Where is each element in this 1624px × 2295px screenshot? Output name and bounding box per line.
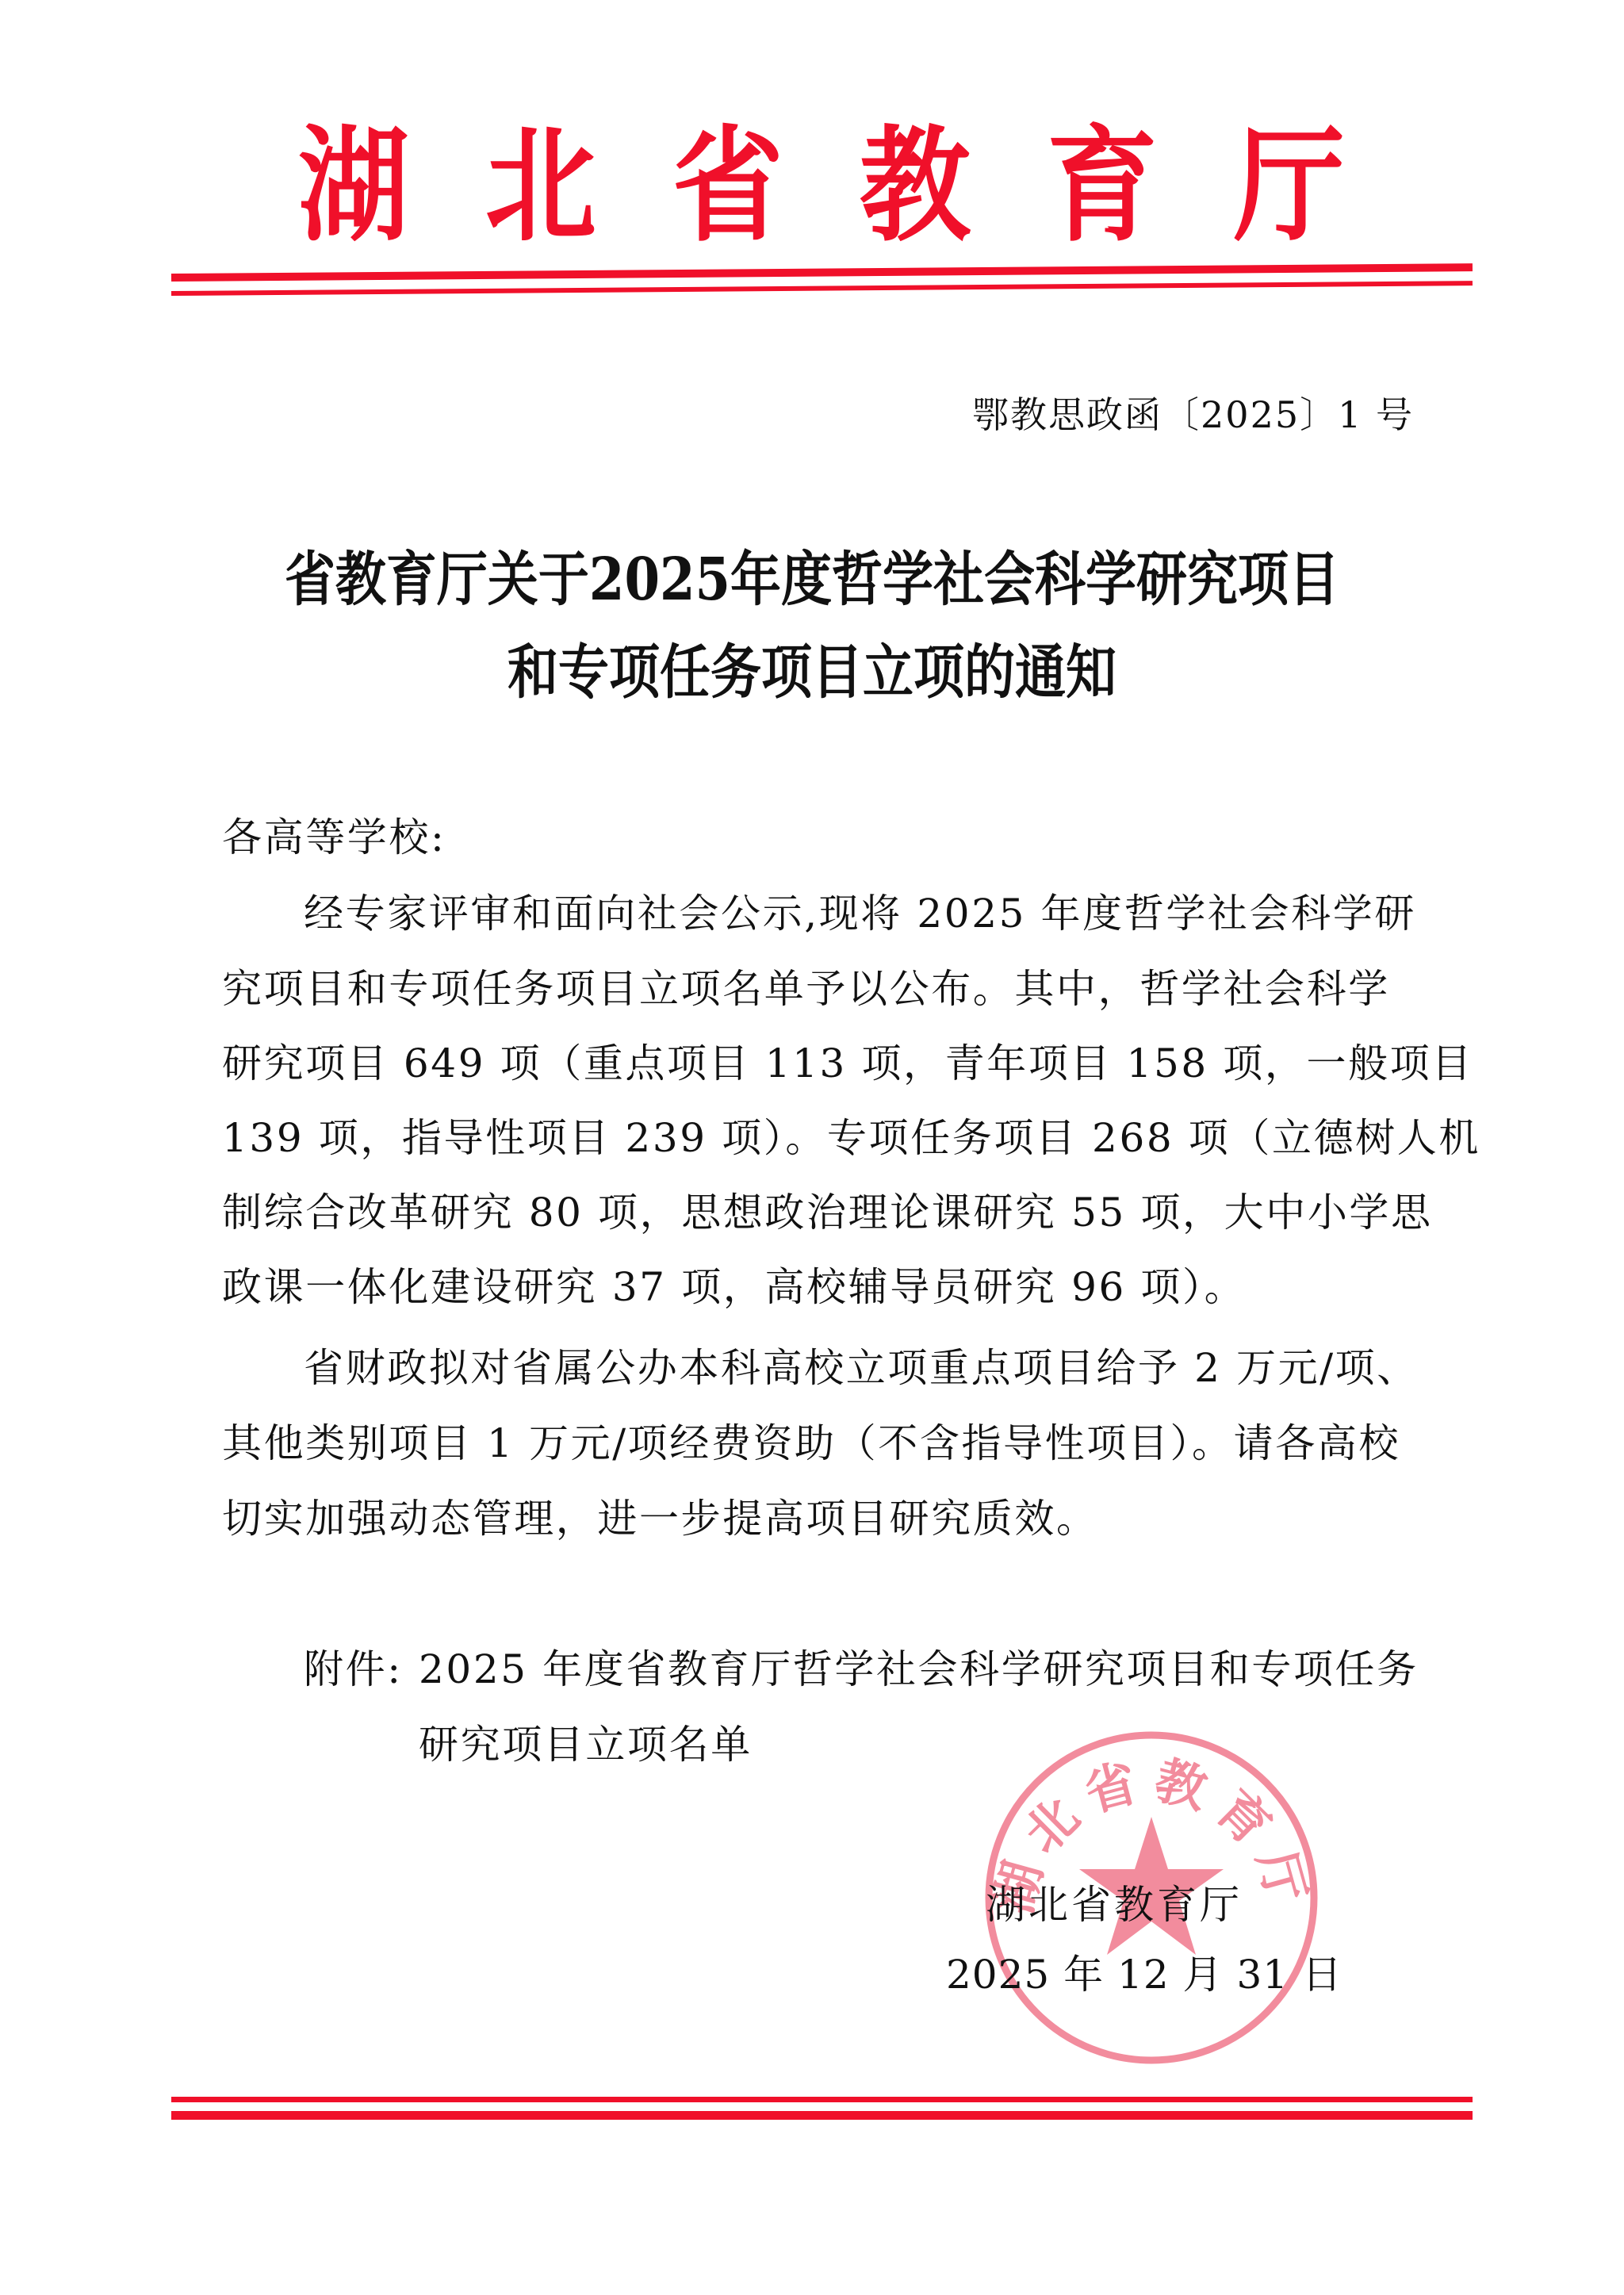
paragraph-line: 省财政拟对省属公办本科高校立项重点项目给予 2 万元/项、 xyxy=(304,1348,1419,1388)
attachment-label: 附件: xyxy=(304,1649,403,1689)
issuer-masthead: 湖 北 省 教 育 厅 xyxy=(171,119,1472,254)
attachment-title-line-1: 2025 年度省教育厅哲学社会科学研究项目和专项任务 xyxy=(419,1649,1419,1689)
paragraph-line: 139 项，指导性项目 239 项）。专项任务项目 268 项（立德树人机 xyxy=(222,1118,1480,1158)
footer-rule-thick xyxy=(171,2111,1473,2120)
paragraph-line: 究项目和专项任务项目立项名单予以公布。其中，哲学社会科学 xyxy=(222,969,1390,1009)
masthead-char: 教 xyxy=(860,125,971,249)
paragraph-line: 切实加强动态管理，进一步提高项目研究质效。 xyxy=(222,1499,1098,1538)
footer-rule-thin xyxy=(171,2097,1473,2102)
paragraph-line: 制综合改革研究 80 项，思想政治理论课研究 55 项，大中小学思 xyxy=(222,1193,1433,1232)
attachment-title-line-2: 研究项目立项名单 xyxy=(419,1725,753,1764)
salutation: 各高等学校: xyxy=(222,818,446,857)
signature-organization: 湖北省教育厅 xyxy=(986,1885,1243,1925)
paragraph-line: 政课一体化建设研究 37 项，高校辅导员研究 96 项）。 xyxy=(222,1267,1246,1307)
signature-date: 2025 年 12 月 31 日 xyxy=(946,1955,1342,1994)
masthead-char: 省 xyxy=(672,125,783,249)
masthead-char: 厅 xyxy=(1234,125,1345,249)
masthead-char: 湖 xyxy=(298,125,409,249)
masthead-char: 北 xyxy=(485,125,596,249)
masthead-char: 育 xyxy=(1047,125,1158,249)
paragraph-line: 研究项目 649 项（重点项目 113 项，青年项目 158 项，一般项目 xyxy=(222,1044,1473,1083)
paragraph-line: 其他类别项目 1 万元/项经费资助（不含指导性项目）。请各高校 xyxy=(222,1423,1400,1463)
header-rule-thin xyxy=(171,281,1473,296)
paragraph-line: 经专家评审和面向社会公示,现将 2025 年度哲学社会科学研 xyxy=(304,894,1416,933)
header-rule-thick xyxy=(171,263,1473,282)
document-number: 鄂教思政函〔2025〕1 号 xyxy=(972,397,1414,433)
document-title-line-1: 省教育厅关于2025年度哲学社会科学研究项目 xyxy=(159,551,1465,610)
document-title-line-2: 和专项任务项目立项的通知 xyxy=(159,644,1465,703)
